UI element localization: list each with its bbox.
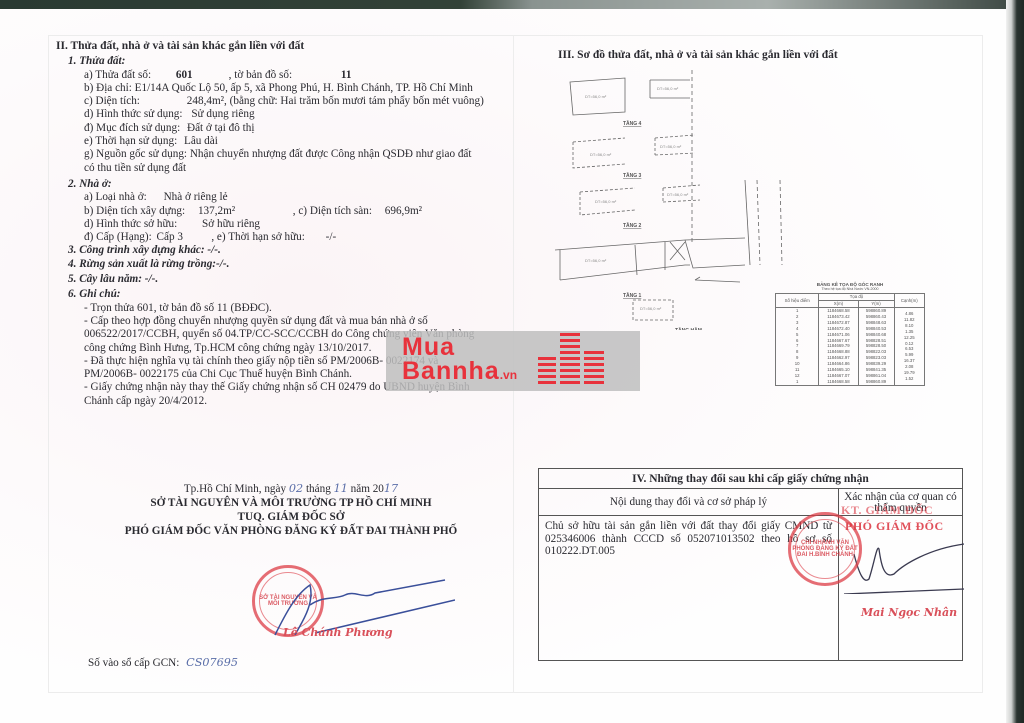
- term-label: e) Thời hạn sử dụng:: [84, 135, 177, 147]
- other-works: 3. Công trình xây dựng khác: -/-.: [68, 244, 506, 257]
- use-form-label: d) Hình thức sử dụng:: [84, 108, 183, 120]
- coord-table-body: 11184668.58598860.894.8621184673.4259886…: [776, 308, 925, 386]
- use-form-value: Sử dụng riêng: [191, 108, 254, 120]
- edge-cell: [894, 379, 924, 385]
- address-label: b) Địa chỉ:: [84, 82, 132, 94]
- signature-block: Tp.Hồ Chí Minh, ngày 02 tháng 11 năm 201…: [56, 482, 526, 538]
- muabannha-watermark: Mua Bannha.vn: [386, 331, 640, 391]
- section-2-title: II. Thửa đất, nhà ở và tài sản khác gắn …: [56, 40, 506, 53]
- signer-position: PHÓ GIÁM ĐỐC VĂN PHÒNG ĐĂNG KÝ ĐẤT ĐAI T…: [56, 524, 526, 538]
- use-form-row: d) Hình thức sử dụng: Sử dụng riêng: [84, 108, 506, 121]
- build-area-label: b) Diện tích xây dựng:: [84, 205, 185, 217]
- section-3-title: III. Sơ đồ thửa đất, nhà ở và tài sản kh…: [558, 49, 838, 61]
- stamp-overlay-text: KT. GIÁM ĐỐC: [841, 503, 933, 518]
- grade-row: đ) Cấp (Hạng): Cấp 3 , e) Thời hạn sở hữ…: [84, 231, 506, 244]
- year-label: năm 20: [351, 483, 384, 495]
- build-area-row: b) Diện tích xây dựng: 137,2m² , c) Diện…: [84, 205, 506, 218]
- address-row: b) Địa chỉ: E1/14A Quốc Lộ 50, ấp 5, xã …: [84, 82, 506, 95]
- floor-label-4: TẦNG 4: [623, 120, 642, 127]
- note-1: - Trọn thửa 601, tờ bản đồ số 11 (BĐĐC).: [84, 302, 484, 315]
- coord-cell: 598860.89: [858, 379, 894, 385]
- gcn-number: CS07695: [186, 656, 238, 669]
- ownership-row: d) Hình thức sở hữu: Sở hữu riêng: [84, 218, 506, 231]
- area-value: 248,4m², (bằng chữ: Hai trăm bốn mươi tá…: [187, 95, 484, 107]
- scan-edge-top: [0, 0, 1024, 9]
- date-year: 17: [384, 482, 398, 495]
- svg-text:DT=56,0 m²: DT=56,0 m²: [640, 306, 662, 311]
- term-value: Lâu dài: [184, 135, 218, 147]
- notes-heading: 6. Ghi chú:: [68, 288, 506, 301]
- watermark-suffix: .vn: [500, 368, 517, 382]
- col-y: Y(m): [858, 301, 894, 308]
- origin-label: g) Nguồn gốc sử dụng:: [84, 148, 187, 160]
- gcn-label: Số vào sổ cấp GCN:: [88, 657, 179, 669]
- official-stamp-right: CHI NHÁNH VĂN PHÒNG ĐĂNG KÝ ĐẤT ĐAI H.BÌ…: [788, 512, 862, 586]
- issuing-org: SỞ TÀI NGUYÊN VÀ MÔI TRƯỜNG TP HỒ CHÍ MI…: [56, 496, 526, 510]
- date-month: 11: [334, 482, 348, 495]
- date-day: 02: [289, 482, 303, 495]
- parcel-number: 601: [176, 69, 226, 82]
- col-point: Số hiệu điểm: [776, 294, 819, 308]
- purpose-label: đ) Mục đích sử dụng:: [84, 122, 180, 134]
- floor-label-1: TẦNG 1: [623, 292, 642, 299]
- house-type-value: Nhà ở riêng lẻ: [164, 191, 228, 203]
- col-coord: Tọa độ: [819, 294, 894, 301]
- signer-name-right: Mai Ngọc Nhân: [861, 606, 957, 619]
- changes-table: IV. Những thay đổi sau khi cấp giấy chứn…: [538, 468, 963, 661]
- col-x: X(m): [819, 301, 858, 308]
- building-logo-icon: [538, 331, 610, 387]
- map-label: , tờ bản đồ số:: [229, 69, 292, 81]
- floor-plan-sketch: DT=56,0 m² DT=56,0 m² DT=56,0 m² DT=56,0…: [545, 70, 795, 330]
- confirm-title: PHÓ GIÁM ĐỐC: [845, 519, 944, 534]
- watermark-line1: Mua: [402, 335, 517, 359]
- changes-row: Chủ sở hữu tài sản gắn liền với đất thay…: [539, 516, 962, 660]
- month-label: tháng: [306, 483, 331, 495]
- stamp-text-right: CHI NHÁNH VĂN PHÒNG ĐĂNG KÝ ĐẤT ĐAI H.BÌ…: [791, 540, 859, 558]
- ownership-label: d) Hình thức sở hữu:: [84, 218, 177, 230]
- floor-area-value: 696,9m²: [385, 205, 422, 217]
- own-term-value: -/-: [326, 231, 337, 243]
- grade-value: Cấp 3: [157, 231, 209, 244]
- build-area-value: 137,2m²: [198, 205, 290, 218]
- coord-cell: 1184668.58: [819, 379, 858, 385]
- ownership-value: Sở hữu riêng: [202, 218, 260, 230]
- house-heading: 2. Nhà ở:: [68, 178, 506, 191]
- own-term-label: , e) Thời hạn sở hữu:: [211, 231, 305, 243]
- area-label: c) Diện tích:: [84, 95, 184, 108]
- land-heading: 1. Thửa đất:: [68, 55, 506, 68]
- area-row: c) Diện tích: 248,4m², (bằng chữ: Hai tr…: [84, 95, 506, 108]
- svg-text:DT=56,0 m²: DT=56,0 m²: [595, 199, 617, 204]
- perennial: 5. Cây lâu năm: -/-.: [68, 273, 506, 286]
- parcel-row: a) Thửa đất số: 601 , tờ bản đồ số: 11: [84, 69, 506, 82]
- svg-text:DT=56,0 m²: DT=56,0 m²: [585, 94, 607, 99]
- term-row: e) Thời hạn sử dụng: Lâu dài: [84, 135, 506, 148]
- map-number: 11: [341, 69, 352, 81]
- parcel-label: a) Thửa đất số:: [84, 69, 151, 81]
- signer-name-left: Lê Chánh Phương: [283, 626, 393, 639]
- coord-table-subtitle: Theo hệ tọa độ Nhà Nước VN-2000: [775, 287, 925, 291]
- purpose-row: đ) Mục đích sử dụng: Đất ở tại đô thị: [84, 122, 506, 135]
- coord-row: 11184668.58598860.89: [776, 379, 925, 385]
- house-type-label: a) Loại nhà ở:: [84, 191, 147, 203]
- watermark-logo-text: Mua Bannha.vn: [402, 335, 517, 387]
- svg-text:DT=56,0 m²: DT=56,0 m²: [660, 144, 682, 149]
- house-type-row: a) Loại nhà ở: Nhà ở riêng lẻ: [84, 191, 506, 204]
- date-prefix: Tp.Hồ Chí Minh, ngày: [184, 483, 286, 495]
- grade-label: đ) Cấp (Hạng):: [84, 231, 152, 243]
- floor-label-3: TẦNG 3: [623, 172, 642, 179]
- svg-text:DT=56,0 m²: DT=56,0 m²: [657, 86, 679, 91]
- origin-row: g) Nguồn gốc sử dụng: Nhận chuyển nhượng…: [84, 148, 474, 175]
- on-behalf: TUQ. GIÁM ĐỐC SỞ: [56, 510, 526, 524]
- gcn-number-row: Số vào sổ cấp GCN: CS07695: [88, 656, 238, 669]
- coord-cell: 1: [776, 379, 819, 385]
- col-edge: Cạnh(m): [894, 294, 924, 308]
- col-content-header: Nội dung thay đổi và cơ sở pháp lý: [539, 489, 839, 515]
- forest: 4. Rừng sản xuất là rừng trồng:-/-.: [68, 258, 506, 271]
- scan-edge-right: [1006, 0, 1024, 723]
- floor-label-2: TẦNG 2: [623, 222, 642, 229]
- watermark-line2: Bannha: [402, 357, 500, 385]
- svg-text:DT=56,0 m²: DT=56,0 m²: [585, 258, 607, 263]
- svg-text:DT=56,0 m²: DT=56,0 m²: [667, 192, 689, 197]
- floor-label-basement: TẦNG HẦM: [675, 327, 702, 330]
- coordinate-table: BẢNG KÊ TỌA ĐỘ GÓC RANH Theo hệ tọa độ N…: [775, 282, 925, 386]
- section-4-title: IV. Những thay đổi sau khi cấp giấy chứn…: [539, 469, 962, 489]
- purpose-value: Đất ở tại đô thị: [187, 122, 254, 134]
- issue-date: Tp.Hồ Chí Minh, ngày 02 tháng 11 năm 201…: [56, 482, 526, 496]
- address-value: E1/14A Quốc Lộ 50, ấp 5, xã Phong Phú, H…: [135, 82, 473, 94]
- svg-text:DT=56,0 m²: DT=56,0 m²: [590, 152, 612, 157]
- floor-area-label: , c) Diện tích sàn:: [293, 205, 372, 217]
